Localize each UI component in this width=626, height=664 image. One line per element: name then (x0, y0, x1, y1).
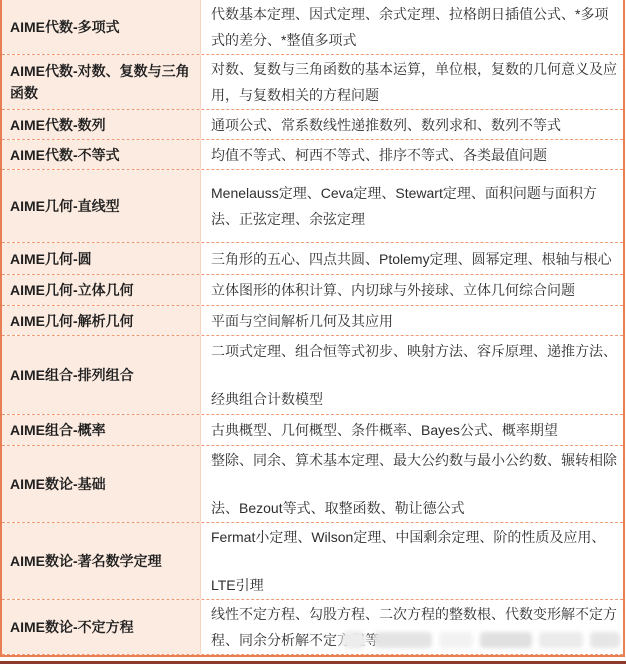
table-row: AIME几何-直线型 Menelauss定理、Ceva定理、Stewart定理、… (2, 170, 623, 243)
category-label: AIME代数-不等式 (10, 144, 120, 166)
description-cell: 整除、同余、算术基本定理、最大公约数与最小公约数、辗转相除 法、Bezout等式… (201, 446, 623, 522)
description-cell: 立体图形的体积计算、内切球与外接球、立体几何综合问题 (201, 275, 623, 305)
description-cell: 均值不等式、柯西不等式、排序不等式、各类最值问题 (201, 140, 623, 169)
description-text: 法、Bezout等式、取整函数、勒让德公式 (211, 495, 617, 521)
table-row: AIME几何-圆 三角形的五心、四点共圆、Ptolemy定理、圆幂定理、根轴与根… (2, 243, 623, 275)
category-cell: AIME数论-不定方程 (2, 600, 201, 654)
description-text: 平面与空间解析几何及其应用 (211, 308, 617, 334)
description-text: Menelauss定理、Ceva定理、Stewart定理、面积问题与面积方法、正… (211, 180, 617, 232)
category-label: AIME数论-不定方程 (10, 616, 134, 638)
description-cell: 代数基本定理、因式定理、余式定理、拉格朗日插值公式、*多项式的差分、*整值多项式 (201, 0, 623, 54)
table-row: AIME数论-不定方程 线性不定方程、勾股方程、二次方程的整数根、代数变形解不定… (2, 600, 623, 655)
description-cell: 对数、复数与三角函数的基本运算，单位根，复数的几何意义及应用，与复数相关的方程问… (201, 55, 623, 109)
description-text: LTE引理 (211, 572, 617, 598)
description-text: 整除、同余、算术基本定理、最大公约数与最小公约数、辗转相除 (211, 447, 617, 473)
description-cell: Menelauss定理、Ceva定理、Stewart定理、面积问题与面积方法、正… (201, 170, 623, 242)
category-cell: AIME几何-圆 (2, 243, 201, 274)
table-row: AIME代数-对数、复数与三角函数 对数、复数与三角函数的基本运算，单位根，复数… (2, 55, 623, 110)
category-cell: AIME数论-基础 (2, 446, 201, 522)
table-row: AIME代数-不等式 均值不等式、柯西不等式、排序不等式、各类最值问题 (2, 140, 623, 170)
description-cell: 平面与空间解析几何及其应用 (201, 306, 623, 335)
table-row: AIME数论-基础 整除、同余、算术基本定理、最大公约数与最小公约数、辗转相除 … (2, 446, 623, 523)
description-text: 对数、复数与三角函数的基本运算，单位根，复数的几何意义及应用，与复数相关的方程问… (211, 56, 617, 108)
category-cell: AIME代数-对数、复数与三角函数 (2, 55, 201, 109)
description-cell: 线性不定方程、勾股方程、二次方程的整数根、代数变形解不定方程、同余分析解不定方程… (201, 600, 623, 654)
description-cell: 三角形的五心、四点共圆、Ptolemy定理、圆幂定理、根轴与根心 (201, 243, 623, 274)
category-cell: AIME代数-多项式 (2, 0, 201, 54)
table-row: AIME几何-立体几何 立体图形的体积计算、内切球与外接球、立体几何综合问题 (2, 275, 623, 306)
table-row: AIME组合-概率 古典概型、几何概型、条件概率、Bayes公式、概率期望 (2, 415, 623, 446)
table-row: AIME代数-数列 通项公式、常系数线性递推数列、数列求和、数列不等式 (2, 110, 623, 140)
category-label: AIME几何-立体几何 (10, 279, 134, 301)
category-cell: AIME组合-概率 (2, 415, 201, 445)
category-label: AIME代数-多项式 (10, 16, 120, 38)
category-cell: AIME代数-数列 (2, 110, 201, 139)
category-cell: AIME几何-立体几何 (2, 275, 201, 305)
category-cell: AIME代数-不等式 (2, 140, 201, 169)
description-text: 代数基本定理、因式定理、余式定理、拉格朗日插值公式、*多项式的差分、*整值多项式 (211, 1, 617, 53)
category-label: AIME数论-著名数学定理 (10, 550, 162, 572)
table-row: AIME组合-排列组合 二项式定理、组合恒等式初步、映射方法、容斥原理、递推方法… (2, 336, 623, 415)
category-cell: AIME几何-直线型 (2, 170, 201, 242)
description-cell: 古典概型、几何概型、条件概率、Bayes公式、概率期望 (201, 415, 623, 445)
table-row: AIME代数-多项式 代数基本定理、因式定理、余式定理、拉格朗日插值公式、*多项… (2, 0, 623, 55)
category-label: AIME几何-直线型 (10, 195, 120, 217)
description-text: 古典概型、几何概型、条件概率、Bayes公式、概率期望 (211, 417, 617, 443)
table-row: AIME几何-解析几何 平面与空间解析几何及其应用 (2, 306, 623, 336)
description-text: 二项式定理、组合恒等式初步、映射方法、容斥原理、递推方法、 (211, 338, 617, 364)
description-text: 均值不等式、柯西不等式、排序不等式、各类最值问题 (211, 142, 617, 168)
description-text: 线性不定方程、勾股方程、二次方程的整数根、代数变形解不定方程、同余分析解不定方程… (211, 601, 617, 653)
aime-syllabus-table: AIME代数-多项式 代数基本定理、因式定理、余式定理、拉格朗日插值公式、*多项… (0, 0, 625, 657)
category-label: AIME代数-对数、复数与三角函数 (10, 60, 192, 104)
description-text: 通项公式、常系数线性递推数列、数列求和、数列不等式 (211, 112, 617, 138)
category-cell: AIME数论-著名数学定理 (2, 523, 201, 599)
description-text: 经典组合计数模型 (211, 386, 617, 412)
category-label: AIME几何-解析几何 (10, 310, 134, 332)
description-text: 立体图形的体积计算、内切球与外接球、立体几何综合问题 (211, 277, 617, 303)
category-label: AIME几何-圆 (10, 248, 92, 270)
description-cell: 通项公式、常系数线性递推数列、数列求和、数列不等式 (201, 110, 623, 139)
description-text: 三角形的五心、四点共圆、Ptolemy定理、圆幂定理、根轴与根心 (211, 246, 617, 272)
category-label: AIME组合-排列组合 (10, 364, 134, 386)
table-row: AIME数论-著名数学定理 Fermat小定理、Wilson定理、中国剩余定理、… (2, 523, 623, 600)
category-label: AIME数论-基础 (10, 473, 106, 495)
category-label: AIME组合-概率 (10, 419, 106, 441)
category-cell: AIME几何-解析几何 (2, 306, 201, 335)
description-cell: 二项式定理、组合恒等式初步、映射方法、容斥原理、递推方法、 经典组合计数模型 (201, 336, 623, 414)
category-cell: AIME组合-排列组合 (2, 336, 201, 414)
category-label: AIME代数-数列 (10, 114, 106, 136)
description-text: Fermat小定理、Wilson定理、中国剩余定理、阶的性质及应用、 (211, 524, 617, 550)
description-cell: Fermat小定理、Wilson定理、中国剩余定理、阶的性质及应用、 LTE引理 (201, 523, 623, 599)
